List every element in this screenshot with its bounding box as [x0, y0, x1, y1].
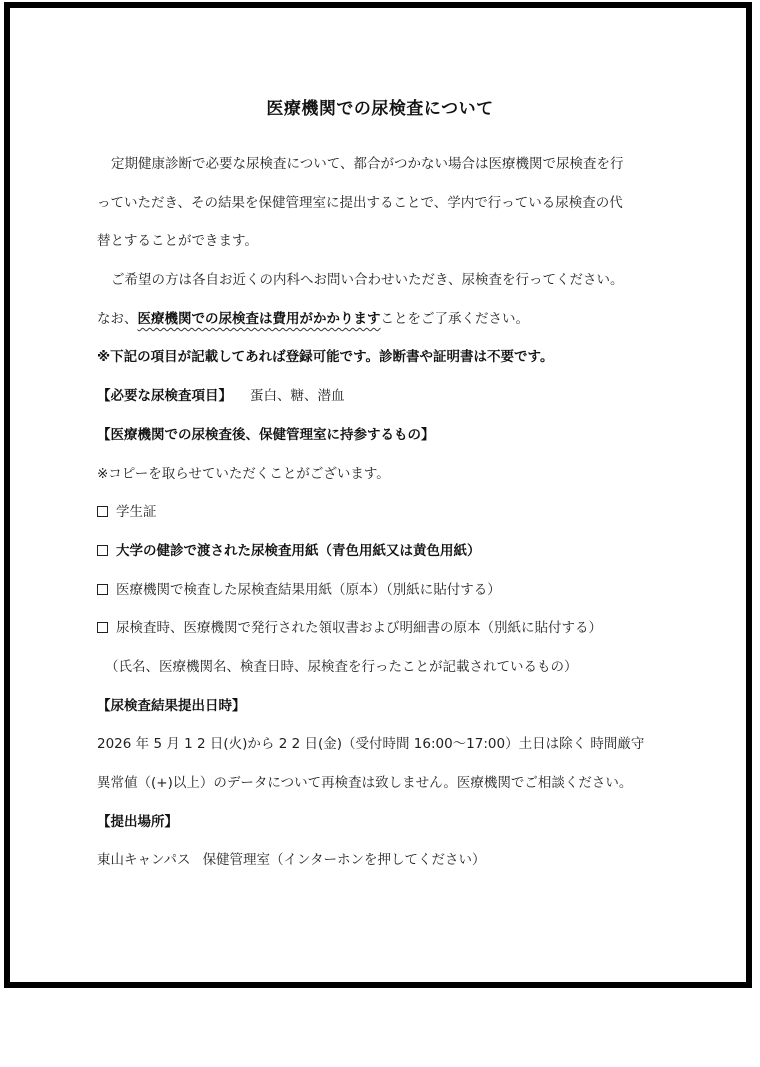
required-items-row: 【必要な尿検査項目】蛋白、糖、潜血: [97, 377, 667, 416]
checklist-item: 大学の健診で渡された尿検査用紙（青色用紙又は黄色用紙）: [97, 532, 667, 571]
request-suffix: ことをご了承ください。: [381, 311, 530, 327]
registration-note: ※下記の項目が記載してあれば登録可能です。診断書や証明書は不要です。: [97, 338, 667, 377]
required-items-heading: 【必要な尿検査項目】: [97, 388, 232, 404]
request-line-1: ご希望の方は各自お近くの内科へお問い合わせいただき、尿検査を行ってください。: [97, 261, 667, 300]
required-items-value: 蛋白、糖、潜血: [250, 388, 345, 404]
intro-line-1: 定期健康診断で必要な尿検査について、都合がつかない場合は医療機関で尿検査を行: [97, 145, 667, 184]
request-line-2: なお、医療機関での尿検査は費用がかかりますことをご了承ください。: [97, 300, 667, 339]
receipt-detail: （氏名、医療機関名、検査日時、尿検査を行ったことが記載されているもの）: [97, 648, 667, 687]
submission-date-heading: 【尿検査結果提出日時】: [97, 687, 667, 726]
checklist-item-label: 学生証: [116, 504, 157, 520]
checklist-item-label: 尿検査時、医療機関で発行された領収書および明細書の原本（別紙に貼付する）: [116, 620, 602, 636]
copy-note: ※コピーを取らせていただくことがございます。: [97, 455, 667, 494]
request-prefix: なお、: [97, 311, 138, 327]
checklist-item: 尿検査時、医療機関で発行された領収書および明細書の原本（別紙に貼付する）: [97, 609, 667, 648]
cost-emphasis: 医療機関での尿検査は費用がかかります: [138, 311, 381, 327]
checklist-item-label: 医療機関で検査した尿検査結果用紙（原本）（別紙に貼付する）: [116, 582, 501, 598]
checklist-item-label: 大学の健診で渡された尿検査用紙（青色用紙又は黄色用紙）: [116, 543, 481, 559]
checklist-item: 学生証: [97, 493, 667, 532]
checkbox-icon: [97, 506, 108, 517]
document-body: 定期健康診断で必要な尿検査について、都合がつかない場合は医療機関で尿検査を行 っ…: [97, 145, 667, 880]
submission-schedule: 2026 年 5 月 1 2 日(火)から 2 2 日(金)（受付時間 16:0…: [97, 725, 667, 764]
checkbox-icon: [97, 622, 108, 633]
document-title: 医療機関での尿検査について: [0, 94, 760, 119]
checkbox-icon: [97, 584, 108, 595]
checkbox-icon: [97, 545, 108, 556]
abnormal-value-note: 異常値（(+)以上）のデータについて再検査は致しません。医療機関でご相談ください…: [97, 764, 667, 803]
checklist-item: 医療機関で検査した尿検査結果用紙（原本）（別紙に貼付する）: [97, 571, 667, 610]
submission-place-heading: 【提出場所】: [97, 803, 667, 842]
bring-items-heading: 【医療機関での尿検査後、保健管理室に持参するもの】: [97, 416, 667, 455]
intro-line-2: っていただき、その結果を保健管理室に提出することで、学内で行っている尿検査の代: [97, 184, 667, 223]
submission-place: 東山キャンパス保健管理室（インターホンを押してください）: [97, 841, 667, 880]
intro-line-3: 替とすることができます。: [97, 222, 667, 261]
campus-name: 東山キャンパス: [97, 852, 191, 868]
office-name: 保健管理室（インターホンを押してください）: [203, 852, 486, 868]
